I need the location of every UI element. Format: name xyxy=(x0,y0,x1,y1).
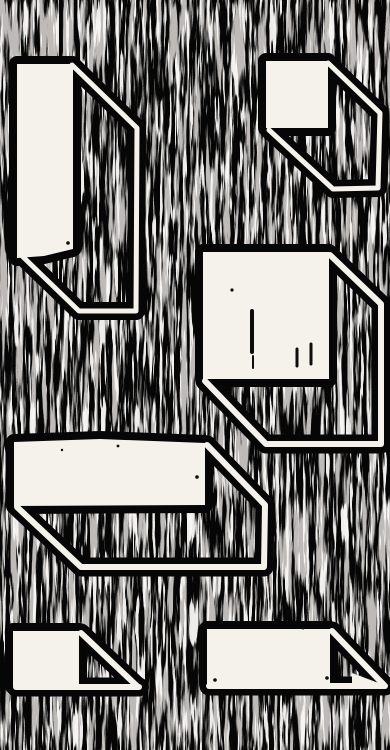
woodcut-print-figure xyxy=(0,0,390,750)
woodcut-print xyxy=(0,0,390,750)
